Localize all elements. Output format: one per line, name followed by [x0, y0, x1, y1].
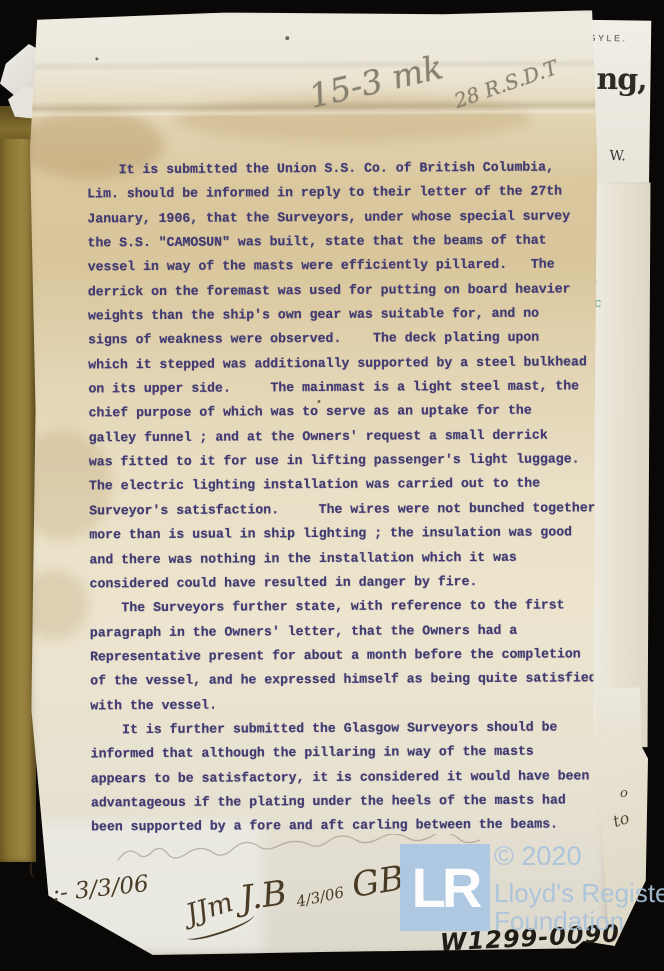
- watermark-org-line2: Foundation: [494, 906, 624, 937]
- lr-logo-letters: LR: [412, 860, 479, 916]
- paper-edge-shading: [23, 6, 611, 960]
- underlying-page-strip: [588, 182, 651, 747]
- scanned-document-photo: Argyle. ng, W. · - c o to It is submitte…: [0, 0, 664, 971]
- letter-fragment-w: W.: [609, 148, 626, 164]
- signature-initials-gb: GB: [349, 858, 407, 906]
- handwriting-fragment-o: o: [620, 786, 628, 801]
- blackletter-fragment: ng,: [596, 62, 647, 98]
- stray-pen-mark: (: [26, 855, 39, 880]
- watermark-org-line1: Lloyd's Register: [494, 878, 664, 909]
- letter-sheet: It is submitted the Union S.S. Co. of Br…: [23, 6, 611, 960]
- watermark-copyright: © 2020: [494, 841, 581, 872]
- book-cover-spine: [0, 106, 36, 862]
- lloyds-register-logo-icon: LR: [400, 844, 490, 931]
- signature-monogram-jb: J.B: [237, 873, 289, 919]
